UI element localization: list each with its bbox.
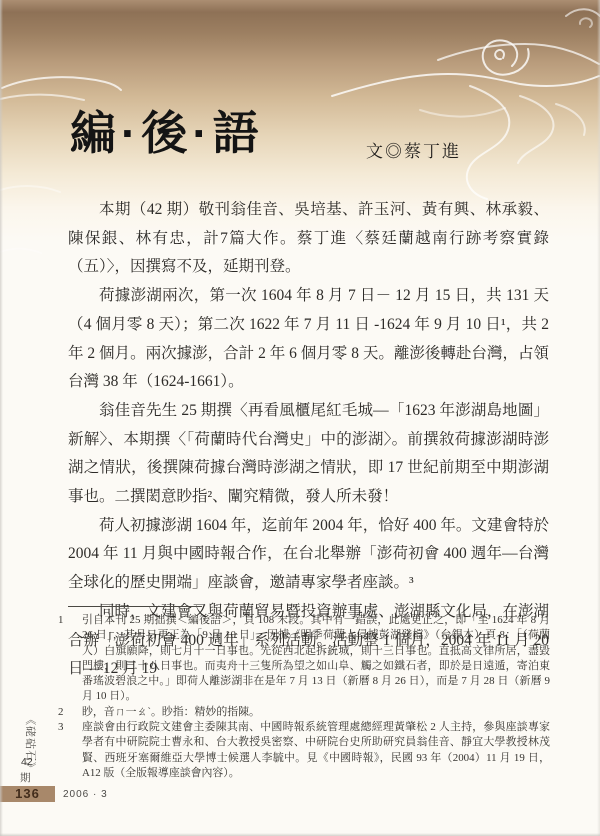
footnote: 1 引自本刊 25 期拙撰＜編後語＞，頁 108 末段。其中有一錯誤，此處更正之… (58, 613, 550, 705)
body-paragraph: 荷據澎湖兩次，第一次 1604 年 8 月 7 日－ 12 月 15 日，共 1… (68, 282, 549, 397)
footnote-number: 3 (58, 720, 82, 781)
author-byline: 文◎蔡丁進 (366, 137, 461, 162)
scan-edge-left (0, 0, 3, 836)
footnote-number: 2 (58, 705, 82, 720)
footnote: 2 眇，音ㄇ一ㄠˋ。眇指：精妙的指陳。 (58, 705, 550, 720)
footnote-text: 座談會由行政院文建會主委陳其南、中國時報系統管理處總經理黃肇松 2 人主持，參與… (82, 720, 550, 781)
footnote-text: 眇，音ㄇ一ㄠˋ。眇指：精妙的指陳。 (82, 705, 550, 720)
issue-label: 期 (20, 770, 31, 785)
body-paragraph: 荷人初據澎湖 1604 年，迄前年 2004 年，恰好 400 年。文建會特於 … (68, 512, 549, 598)
page-title: 編·後·語 (70, 97, 264, 163)
body-paragraph: 本期（42 期）敬刊翁佳音、吳培基、許玉河、黃有興、林承毅、陳保銀、林有忠，計7… (68, 196, 549, 282)
page-number-badge: 136 (0, 786, 55, 802)
body-paragraph: 翁佳音先生 25 期撰〈再看風櫃尾紅毛城—「1623 年澎湖島地圖」新解〉、本期… (68, 397, 549, 512)
magazine-page: 編·後·語 文◎蔡丁進 本期（42 期）敬刊翁佳音、吳培基、許玉河、黃有興、林承… (0, 0, 600, 836)
footnote-number: 1 (58, 613, 82, 705)
issue-number: 42 (21, 756, 33, 768)
footnote: 3 座談會由行政院文建會主委陳其南、中國時報系統管理處總經理黃肇松 2 人主持，… (58, 720, 550, 781)
publication-date: 2006 · 3 (63, 789, 108, 800)
journal-title-vertical: 《硓𥑮石》 (23, 714, 37, 762)
footnote-separator (68, 606, 202, 607)
footnotes-section: 1 引自本刊 25 期拙撰＜編後語＞，頁 108 末段。其中有一錯誤，此處更正之… (58, 613, 550, 781)
footnote-text: 引自本刊 25 期拙撰＜編後語＞，頁 108 末段。其中有一錯誤，此處更正之，即… (82, 613, 550, 705)
article-body: 本期（42 期）敬刊翁佳音、吳培基、許玉河、黃有興、林承毅、陳保銀、林有忠，計7… (68, 196, 549, 684)
